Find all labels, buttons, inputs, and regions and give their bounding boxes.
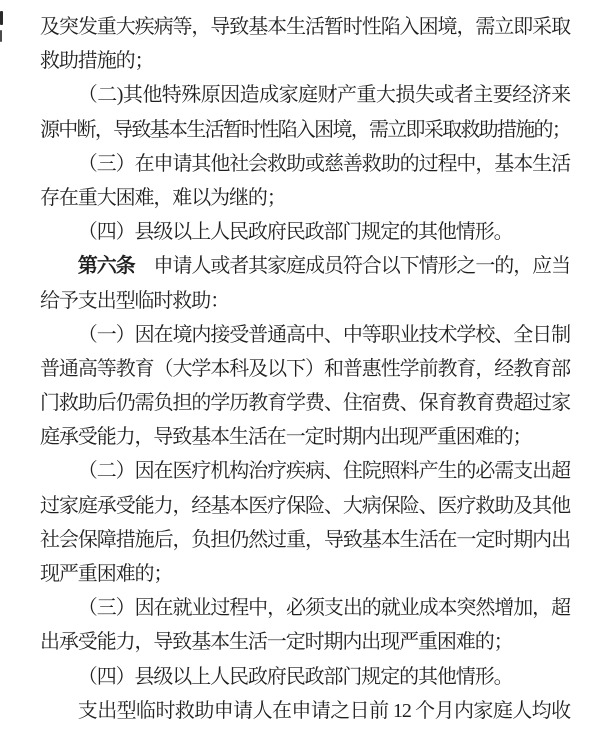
document-line: 庭承受能力，导致基本生活在一定时期内出现严重困难的； — [40, 420, 570, 454]
article-number-label: 第六条 — [78, 255, 135, 277]
article-6-text: 申请人或者其家庭成员符合以下情形之一的，应当 — [135, 255, 570, 277]
document-line: 存在重大困难，难以为继的； — [40, 181, 570, 215]
document-line: 及突发重大疾病等，导致基本生活暂时性陷入困境，需立即采取 — [40, 10, 570, 44]
article-6-heading-line: 第六条 申请人或者其家庭成员符合以下情形之一的，应当 — [40, 249, 570, 283]
document-line-item-2: （二)其他特殊原因造成家庭财产重大损失或者主要经济来 — [40, 78, 570, 112]
document-page: 及突发重大疾病等，导致基本生活暂时性陷入困境，需立即采取 救助措施的； （二)其… — [0, 0, 607, 737]
document-line-item-2b: （二）因在医疗机构治疗疾病、住院照料产生的必需支出超 — [40, 454, 570, 488]
document-line: 出承受能力，导致基本生活一定时期内出现严重困难的； — [40, 625, 570, 659]
document-line: 社会保障措施后，负担仍然过重，导致基本生活在一定时期内出 — [40, 523, 570, 557]
document-line: 过家庭承受能力，经基本医疗保险、大病保险、医疗救助及其他 — [40, 489, 570, 523]
document-line: 普通高等教育（大学本科及以下）和普惠性学前教育，经教育部 — [40, 352, 570, 386]
document-line: 救助措施的； — [40, 44, 570, 78]
document-line-item-3b: （三）因在就业过程中，必须支出的就业成本突然增加，超 — [40, 591, 570, 625]
document-line: 门救助后仍需负担的学历教育学费、住宿费、保育教育费超过家 — [40, 386, 570, 420]
document-line: 源中断，导致基本生活暂时性陷入困境，需立即采取救助措施的； — [40, 113, 570, 147]
document-line: 现严重困难的； — [40, 557, 570, 591]
document-line-item-1: （一）因在境内接受普通高中、中等职业技术学校、全日制 — [40, 318, 570, 352]
scan-edge-artifact — [0, 30, 2, 42]
document-line-item-4b: （四）县级以上人民政府民政部门规定的其他情形。 — [40, 660, 570, 694]
document-line-item-4: （四）县级以上人民政府民政部门规定的其他情形。 — [40, 215, 570, 249]
document-line: 给予支出型临时救助： — [40, 284, 570, 318]
document-line-item-3: （三）在申请其他社会救助或慈善救助的过程中，基本生活 — [40, 147, 570, 181]
document-line: 支出型临时救助申请人在申请之日前 12 个月内家庭人均收 — [40, 694, 570, 728]
scan-edge-artifact — [0, 11, 3, 25]
